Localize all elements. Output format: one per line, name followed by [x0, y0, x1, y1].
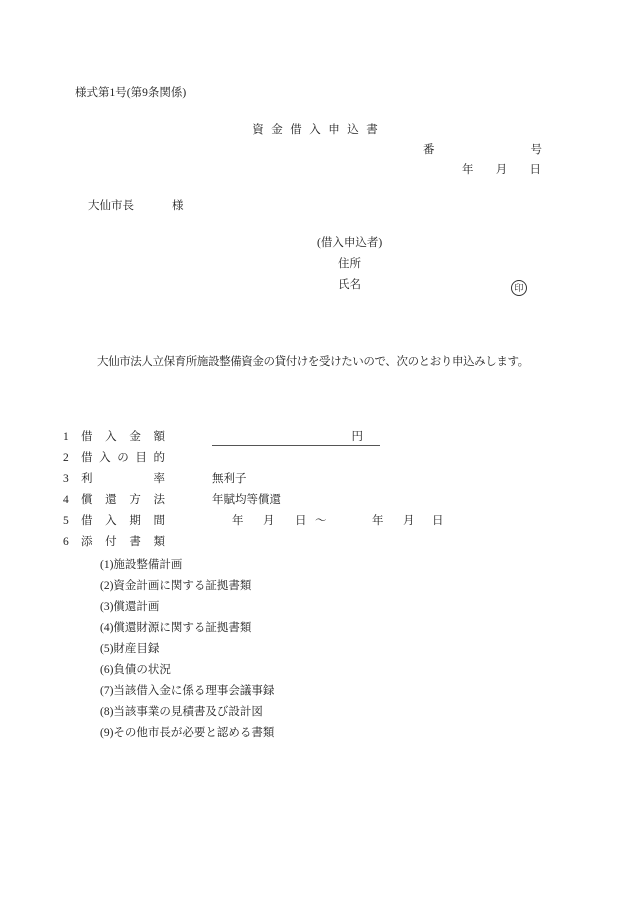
- applicant-block: (借入申込者) 住所 氏名 印: [317, 233, 527, 296]
- number-prefix-label: 番: [423, 141, 435, 157]
- number-suffix-label: 号: [531, 141, 543, 157]
- item-row-loan-period: 5 借入期間 年 月 日 ～ 年 月 日: [63, 511, 444, 532]
- period-tilde: ～: [315, 511, 327, 532]
- item-number: 3: [63, 469, 81, 490]
- item-value: 年賦均等償還: [212, 490, 281, 511]
- form-items-list: 1 借入金額 円 2 借入の目的 3 利率 無利子 4 償還方法 年賦均等償還 …: [63, 427, 444, 553]
- seal-mark-icon: 印: [511, 280, 527, 296]
- form-number-label: 様式第1号(第9条関係): [75, 84, 186, 100]
- period-day-label: 日: [432, 511, 444, 532]
- item-row-interest-rate: 3 利率 無利子: [63, 469, 444, 490]
- attachment-item: (5)財産目録: [100, 639, 274, 660]
- date-line: 年 月 日: [462, 161, 541, 177]
- addressee-name: 大仙市長: [88, 197, 134, 213]
- item-number: 4: [63, 490, 81, 511]
- item-row-loan-purpose: 2 借入の目的: [63, 448, 444, 469]
- attachment-item: (4)償還財源に関する証拠書類: [100, 618, 274, 639]
- item-row-attached-documents: 6 添付書類: [63, 532, 444, 553]
- attachment-item: (9)その他市長が必要と認める書類: [100, 723, 274, 744]
- date-year-label: 年: [462, 161, 474, 177]
- applicant-name-line: 氏名 印: [317, 275, 527, 296]
- period-day-label: 日: [295, 511, 307, 532]
- attachment-item: (3)償還計画: [100, 597, 274, 618]
- attachment-item: (1)施設整備計画: [100, 555, 274, 576]
- item-row-loan-amount: 1 借入金額 円: [63, 427, 444, 448]
- date-day-label: 日: [530, 161, 542, 177]
- attachment-item: (7)当該借入金に係る理事会議事録: [100, 681, 274, 702]
- item-number: 2: [63, 448, 81, 469]
- document-number-line: 番 号: [423, 141, 542, 157]
- item-label: 添付書類: [81, 532, 165, 553]
- item-row-repayment-method: 4 償還方法 年賦均等償還: [63, 490, 444, 511]
- item-label: 償還方法: [81, 490, 165, 511]
- loan-period-value: 年 月 日 ～ 年 月 日: [165, 511, 444, 532]
- item-label: 借入の目的: [81, 448, 165, 469]
- applicant-heading: (借入申込者): [317, 233, 527, 254]
- item-value: 無利子: [212, 469, 247, 490]
- amount-underline: 円: [212, 429, 380, 446]
- attachment-item: (2)資金計画に関する証拠書類: [100, 576, 274, 597]
- amount-unit-label: 円: [352, 431, 364, 443]
- applicant-address-label: 住所: [317, 254, 527, 275]
- item-label: 借入期間: [81, 511, 165, 532]
- attachment-item: (8)当該事業の見積書及び設計図: [100, 702, 274, 723]
- document-title: 資金借入申込書: [0, 121, 630, 137]
- addressee-line: 大仙市長 様: [88, 197, 184, 213]
- period-month-label: 月: [263, 511, 275, 532]
- item-label: 借入金額: [81, 427, 165, 448]
- item-number: 5: [63, 511, 81, 532]
- period-month-label: 月: [403, 511, 415, 532]
- addressee-honorific: 様: [172, 197, 184, 213]
- item-value: 円: [212, 427, 380, 448]
- period-year-label: 年: [372, 511, 384, 532]
- period-year-label: 年: [232, 511, 244, 532]
- attachments-list: (1)施設整備計画 (2)資金計画に関する証拠書類 (3)償還計画 (4)償還財…: [100, 555, 274, 744]
- body-paragraph: 大仙市法人立保育所施設整備資金の貸付けを受けたいので、次のとおり申込みします。: [97, 353, 529, 369]
- applicant-name-label: 氏名: [338, 279, 361, 291]
- item-number: 6: [63, 532, 81, 553]
- attachment-item: (6)負債の状況: [100, 660, 274, 681]
- date-month-label: 月: [496, 161, 508, 177]
- item-label: 利率: [81, 469, 165, 490]
- document-page: 様式第1号(第9条関係) 資金借入申込書 番 号 年 月 日 大仙市長 様 (借…: [0, 0, 630, 915]
- item-number: 1: [63, 427, 81, 448]
